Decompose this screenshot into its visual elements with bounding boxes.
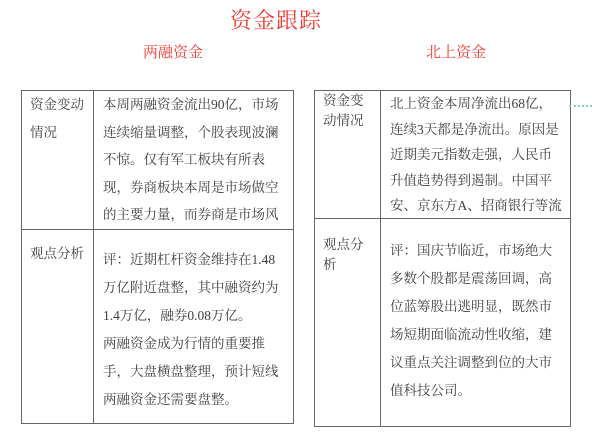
row-label-fund-change: 资金变动情况	[315, 91, 381, 218]
section-heading-northbound: 北上资金	[356, 41, 556, 62]
row-label-analysis: 观点分析	[315, 218, 381, 426]
row-content-fund-change: 北上资金本周净流出68亿，连续3天都是净流出。原因是近期美元指数走强，人民币升值…	[381, 91, 570, 218]
report-page: 资金跟踪 两融资金 北上资金 资金变动情况 本周两融资金流出90亿，市场连续缩量…	[0, 0, 592, 433]
northbound-table: 资金变动情况 北上资金本周净流出68亿，连续3天都是净流出。原因是近期美元指数走…	[314, 90, 571, 427]
row-label-fund-change: 资金变动情况	[22, 91, 94, 229]
section-heading-margin-trading: 两融资金	[73, 41, 273, 62]
row-label-analysis: 观点分析	[22, 229, 94, 423]
row-content-fund-change: 本周两融资金流出90亿，市场连续缩量调整，个股表现波澜不惊。仅有军工板块有所表现…	[94, 91, 293, 229]
page-title: 资金跟踪	[0, 4, 552, 35]
row-content-analysis: 评：近期杠杆资金维持在1.48万亿附近盘整，其中融资约为1.4万亿，融券0.08…	[94, 229, 293, 423]
margin-trading-table: 资金变动情况 本周两融资金流出90亿，市场连续缩量调整，个股表现波澜不惊。仅有军…	[21, 90, 294, 424]
row-content-analysis: 评：国庆节临近，市场绝大多数个股都是震荡回调，高位蓝筹股出逃明显，既然市场短期面…	[381, 218, 570, 426]
comment-anchor-dotted-line	[569, 105, 592, 107]
